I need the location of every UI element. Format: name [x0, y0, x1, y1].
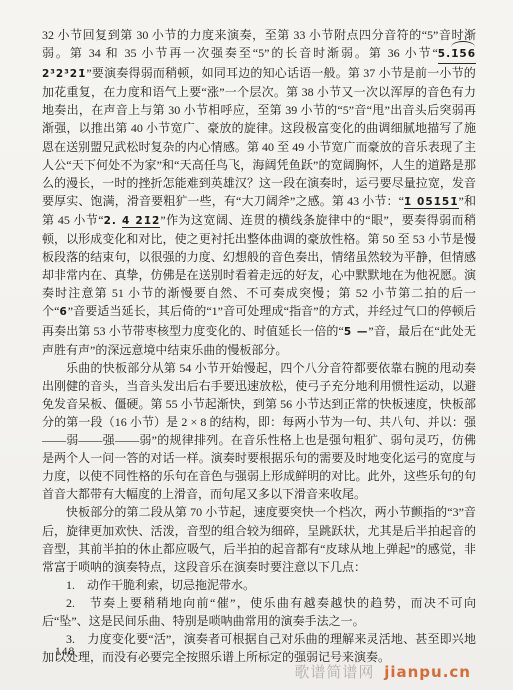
- body-text-run: ”要演奏得弱而稍顿，如同耳边的知心话语一般。第 37 小节是前一小节的加花重复，…: [42, 66, 476, 208]
- page-number: 148: [55, 646, 75, 658]
- jianpu-notation-measure52: 6̇: [59, 306, 67, 318]
- jianpu-notation-measure45-c: 2̇1̇2̇: [130, 215, 160, 228]
- jianpu-notation-measure36-b: 2³2³21̇: [42, 68, 86, 80]
- list-item-2: 2. 节奏上要稍稍地向前“催”，使乐曲有越奏越快的趋势，而决不可向后“坠”、这是…: [42, 594, 476, 630]
- watermark: 歌谱简谱网 jianpu.cn: [294, 661, 471, 682]
- watermark-site-url: jianpu.cn: [384, 663, 471, 681]
- list-item-1: 1. 动作干脆利索，切忌拖泥带水。: [42, 576, 476, 594]
- watermark-site-name: 歌谱简谱网: [294, 663, 374, 681]
- jianpu-notation-measure43: 1̇ 051̇51̇: [404, 196, 459, 209]
- book-page: 32 小节回复到第 30 小节的力度来演奏，至第 33 小节附点四分音符的“5”…: [0, 0, 513, 690]
- body-text-run: 32 小节回复到第 30 小节的力度来演奏，至第 33 小节附点四分音符的“5”…: [42, 28, 476, 60]
- jianpu-notation-measure53: 5̇ —: [344, 326, 369, 338]
- body-text: 32 小节回复到第 30 小节的力度来演奏，至第 33 小节附点四分音符的“5”…: [42, 26, 476, 666]
- paragraph-fast-section-2: 快板部分的第二段从第 70 小节起，速度要突快一个档次，两小节颤指的“3”音后，…: [42, 503, 476, 575]
- jianpu-notation-measure45-a: 2.: [104, 215, 122, 227]
- paragraph-fast-section-1: 乐曲的快板部分从第 54 小节开始慢起，四个八分音符都要依靠右腕的甩动奏出刚健的…: [42, 359, 476, 504]
- jianpu-notation-measure36-a: 5.1̇56: [438, 45, 476, 64]
- paragraph-slow-section: 32 小节回复到第 30 小节的力度来演奏，至第 33 小节附点四分音符的“5”…: [42, 26, 476, 359]
- body-text-run: ”作为这宽阔、连贯的横线条旋律中的“眼”，要奏得弱而稍顿，以形成变化和对比，使之…: [42, 213, 476, 318]
